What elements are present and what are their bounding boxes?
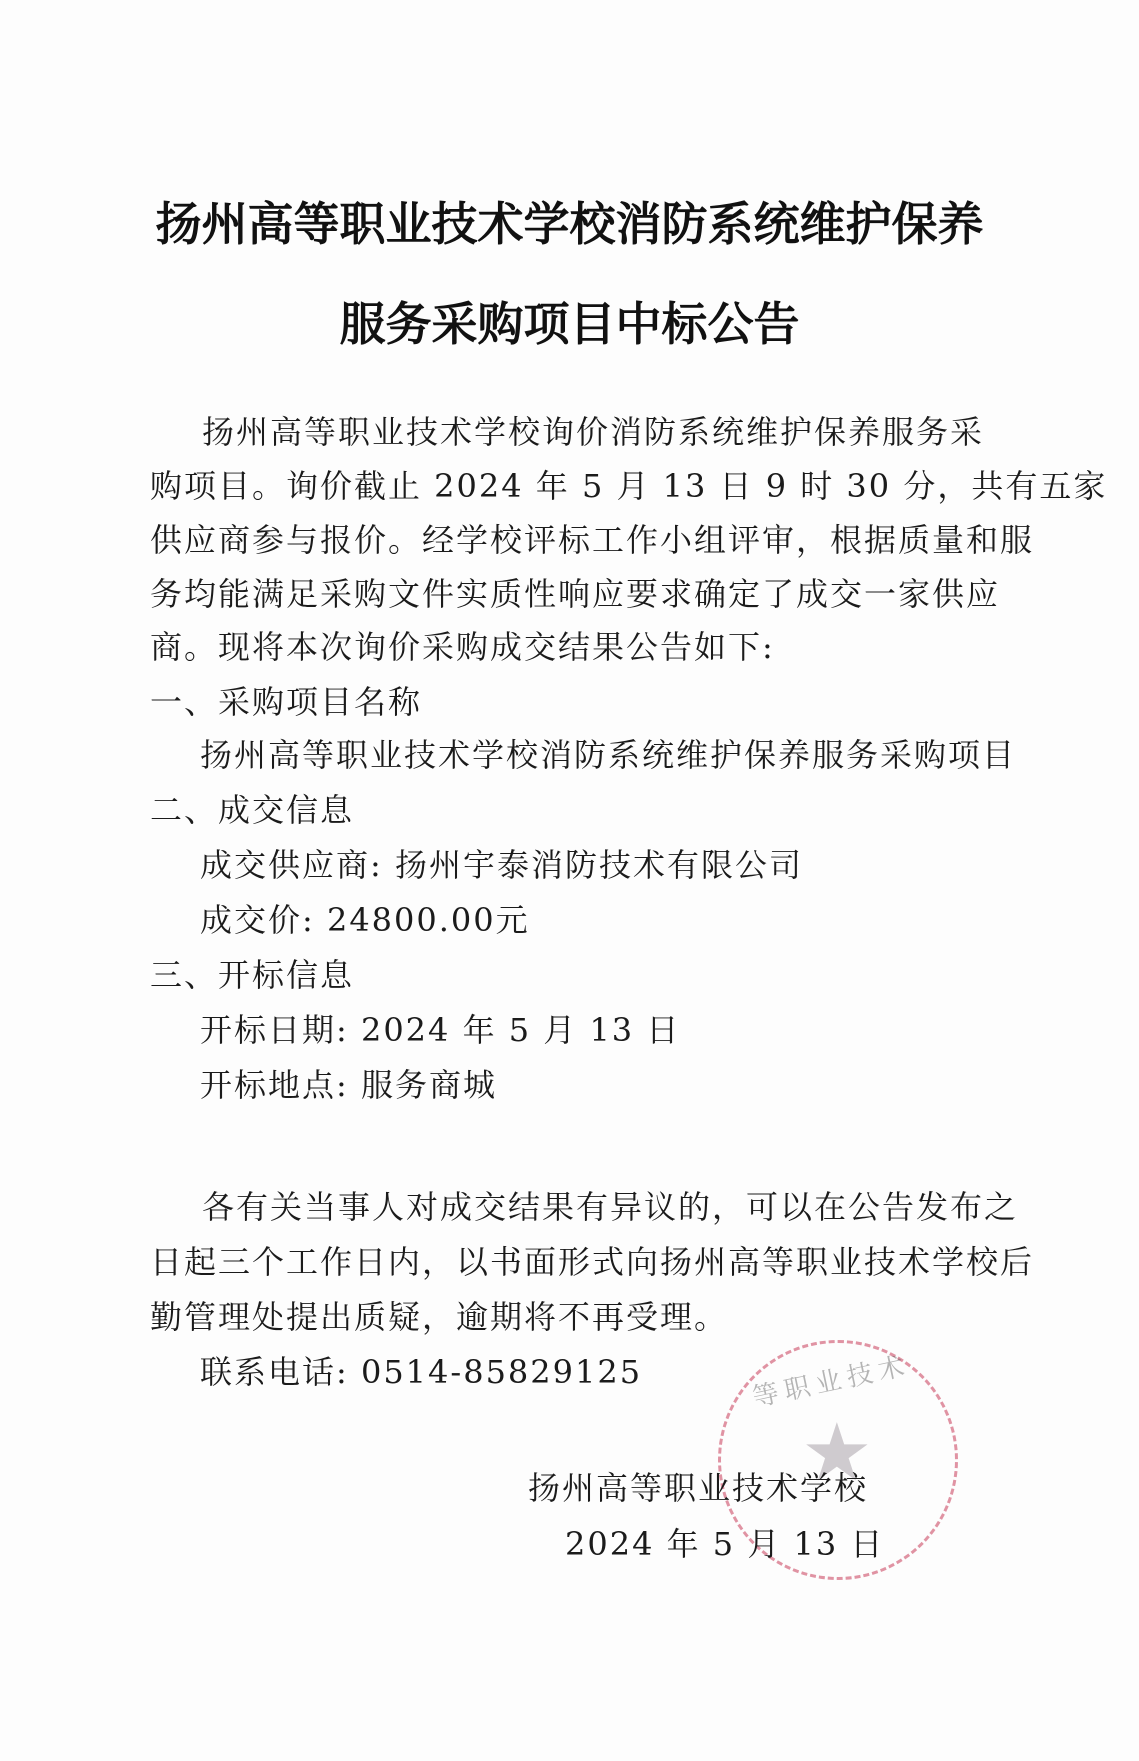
section-heading-deal-info: 二、成交信息 bbox=[150, 790, 354, 830]
objection-line: 勤管理处提出质疑，逾期将不再受理。 bbox=[150, 1297, 728, 1337]
bid-opening-date: 开标日期: 2024 年 5 月 13 日 bbox=[200, 1010, 680, 1050]
signature-organization: 扬州高等职业技术学校 bbox=[528, 1468, 868, 1508]
winning-supplier: 成交供应商: 扬州宇泰消防技术有限公司 bbox=[200, 845, 803, 885]
document-title-line1: 扬州高等职业技术学校消防系统维护保养 bbox=[0, 188, 1139, 254]
intro-line: 扬州高等职业技术学校询价消防系统维护保养服务采 bbox=[202, 412, 984, 452]
objection-line: 日起三个工作日内，以书面形式向扬州高等职业技术学校后 bbox=[150, 1242, 1034, 1282]
contact-phone: 联系电话: 0514-85829125 bbox=[200, 1352, 642, 1392]
document-page: 扬州高等职业技术学校消防系统维护保养 服务采购项目中标公告 扬州高等职业技术学校… bbox=[0, 0, 1139, 1761]
section-heading-project-name: 一、采购项目名称 bbox=[150, 682, 422, 722]
section-heading-bid-opening: 三、开标信息 bbox=[150, 955, 354, 995]
project-name-value: 扬州高等职业技术学校消防系统维护保养服务采购项目 bbox=[200, 735, 1016, 775]
intro-line: 务均能满足采购文件实质性响应要求确定了成交一家供应 bbox=[150, 574, 1000, 614]
objection-line: 各有关当事人对成交结果有异议的，可以在公告发布之 bbox=[202, 1187, 1018, 1227]
intro-line: 购项目。询价截止 2024 年 5 月 13 日 9 时 30 分，共有五家 bbox=[150, 466, 1107, 506]
intro-line: 供应商参与报价。经学校评标工作小组评审，根据质量和服 bbox=[150, 520, 1034, 560]
bid-opening-location: 开标地点: 服务商城 bbox=[200, 1065, 497, 1105]
stamp-text: 等职业技术 bbox=[749, 1345, 913, 1414]
intro-line: 商。现将本次询价采购成交结果公告如下: bbox=[150, 627, 775, 667]
deal-price: 成交价: 24800.00元 bbox=[200, 900, 530, 940]
signature-date: 2024 年 5 月 13 日 bbox=[565, 1524, 884, 1564]
document-title-line2: 服务采购项目中标公告 bbox=[0, 288, 1139, 354]
